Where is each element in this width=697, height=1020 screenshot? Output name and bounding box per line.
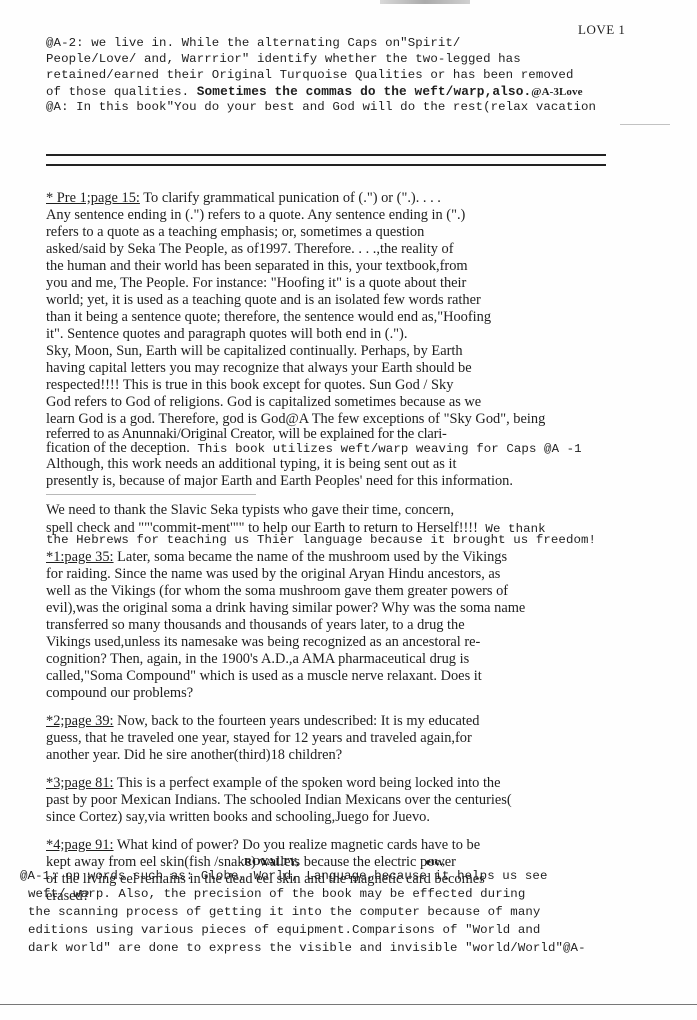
body-line: guess, that he traveled one year, stayed… (46, 730, 472, 747)
body-line: God refers to God of religions. God is c… (46, 394, 481, 411)
scan-artifact (380, 0, 470, 4)
body-line: past by poor Mexican Indians. The school… (46, 792, 512, 809)
body-line: Vikings used,unless its namesake was bei… (46, 634, 480, 651)
body-line: Although, this work needs an additional … (46, 456, 457, 473)
body-line: Sky, Moon, Sun, Earth will be capitalize… (46, 343, 463, 360)
body-line: evil),was the original soma a drink havi… (46, 600, 525, 617)
body-line: another year. Did he sire another(third)… (46, 747, 342, 764)
header-note-text: of those qualities. (46, 85, 189, 99)
footer-note-line: weft/ warp. Also, the precision of the b… (28, 887, 525, 901)
superscript-insert: etc., (426, 856, 445, 868)
body-line: it". Sentence quotes and paragraph quote… (46, 326, 407, 343)
body-line: *3;page 81: This is a perfect example of… (46, 775, 501, 792)
body-text: Now, back to the fourteen years undescri… (114, 713, 480, 729)
footnote-ref: *1:page 35: (46, 549, 114, 565)
body-line: having capital letters you may recognize… (46, 360, 472, 377)
body-line: *2;page 39: Now, back to the fourteen ye… (46, 713, 479, 730)
body-line: * Pre 1;page 15: To clarify grammatical … (46, 190, 441, 207)
body-line: transferred so many thousands and thousa… (46, 617, 465, 634)
body-line: than it being a sentence quote; therefor… (46, 309, 491, 326)
body-text: fication of the deception. (46, 440, 190, 456)
body-line: asked/said by Seka The People, as of1997… (46, 241, 453, 258)
footnote-ref: *4;page 91: (46, 837, 114, 853)
body-line: the human and their world has been separ… (46, 258, 468, 275)
scanned-page: LOVE 1 @A-2: we live in. While the alter… (0, 0, 697, 1020)
body-line: since Cortez) say,via written books and … (46, 809, 430, 826)
body-line: respected!!!! This is true in this book … (46, 377, 453, 394)
body-line: presently is, because of major Earth and… (46, 473, 513, 490)
superscript-insert: ROYALTY, (244, 856, 299, 868)
body-line: compound our problems? (46, 685, 193, 702)
header-bold-fragment: Sometimes the commas do the weft/warp,al… (197, 84, 532, 99)
body-line: We need to thank the Slavic Seka typists… (46, 502, 454, 519)
footer-note-line: dark world" are done to express the visi… (28, 941, 586, 955)
divider-rule (46, 154, 606, 156)
body-text: This is a perfect example of the spoken … (114, 775, 501, 791)
body-line: called,"Soma Compound" which is used as … (46, 668, 482, 685)
footer-note-line: @A-1: on words such as: Globe, World, La… (20, 869, 548, 883)
body-line: fication of the deception. This book uti… (46, 439, 582, 457)
body-text: To clarify grammatical punication of (."… (140, 190, 441, 206)
body-line: you and me, The People. For instance: "H… (46, 275, 466, 292)
body-text: This book utilizes weft/warp weaving for… (190, 442, 582, 456)
header-note-line: retained/earned their Original Turquoise… (46, 68, 574, 82)
body-text: What kind of power? Do you realize magne… (114, 837, 481, 853)
body-line: refers to a quote as a teaching emphasis… (46, 224, 424, 241)
header-note-line: @A: In this book"You do your best and Go… (46, 100, 596, 114)
body-line: cognition? Then, again, in the 1900's A.… (46, 651, 469, 668)
scan-artifact (620, 124, 670, 125)
footnote-ref: *2;page 39: (46, 713, 114, 729)
body-line: Any sentence ending in (.") refers to a … (46, 207, 465, 224)
body-line: well as the Vikings (for whom the soma m… (46, 583, 508, 600)
page-header-label: LOVE 1 (578, 22, 625, 38)
body-line: world; yet, it is used as a teaching quo… (46, 292, 481, 309)
header-note-line: of those qualities. Sometimes the commas… (46, 84, 583, 99)
footer-rule (0, 1004, 697, 1005)
body-line: the Hebrews for teaching us Thier langua… (46, 533, 596, 547)
header-note-line: People/Love/ and, Warrrior" identify whe… (46, 52, 521, 66)
footnote-ref: *3;page 81: (46, 775, 114, 791)
body-line: for raiding. Since the name was used by … (46, 566, 500, 583)
header-tag: @A-3Love (531, 86, 582, 98)
body-line: *1:page 35: Later, soma became the name … (46, 549, 507, 566)
body-line: *4;page 91: What kind of power? Do you r… (46, 837, 480, 854)
body-text: Later, soma became the name of the mushr… (114, 549, 508, 565)
footnote-ref: * Pre 1;page 15: (46, 190, 140, 206)
divider-rule (46, 164, 606, 166)
footer-note-line: editions using various pieces of equipme… (28, 923, 540, 937)
scan-artifact (46, 494, 256, 495)
header-note-line: @A-2: we live in. While the alternating … (46, 36, 460, 50)
footer-note-line: the scanning process of getting it into … (28, 905, 540, 919)
